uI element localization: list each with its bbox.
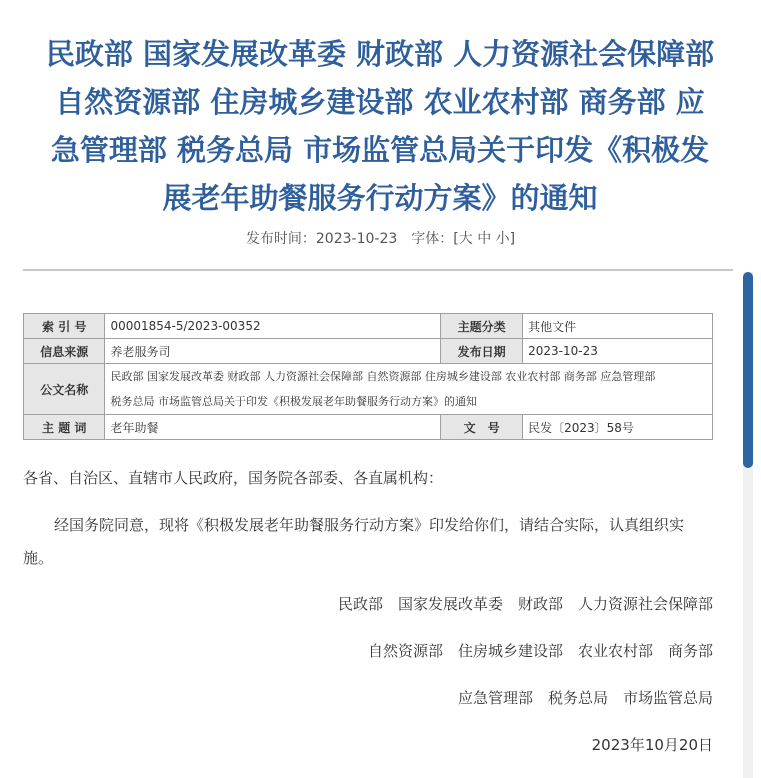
title-line-4: 展老年助餐服务行动方案》的通知 (10, 174, 750, 222)
table-row: 信息来源 养老服务司 发布日期 2023-10-23 (24, 339, 713, 364)
keyword-value: 老年助餐 (105, 415, 441, 440)
keyword-label: 主 题 词 (24, 415, 105, 440)
doc-name-line-1: 民政部 国家发展改革委 财政部 人力资源社会保障部 自然资源部 住房城乡建设部 … (110, 364, 707, 389)
title-line-1: 民政部 国家发展改革委 财政部 人力资源社会保障部 (10, 30, 750, 78)
font-size-label: 字体： (411, 231, 453, 247)
publish-time-value: 2023-10-23 (316, 231, 397, 247)
doc-name-label: 公文名称 (24, 364, 105, 415)
category-label: 主题分类 (441, 314, 523, 339)
font-size-small-button[interactable]: 小 (496, 231, 510, 247)
publish-date-label: 发布日期 (441, 339, 523, 364)
article-meta: 发布时间：2023-10-23字体：[大 中 小] (0, 228, 761, 250)
publish-date-value: 2023-10-23 (523, 339, 713, 364)
source-label: 信息来源 (24, 339, 105, 364)
publish-time-label: 发布时间： (246, 231, 316, 247)
document-info-table: 索 引 号 00001854-5/2023-00352 主题分类 其他文件 信息… (23, 313, 713, 440)
title-line-2: 自然资源部 住房城乡建设部 农业农村部 商务部 应 (10, 78, 750, 126)
header-divider (23, 269, 733, 271)
source-value: 养老服务司 (105, 339, 441, 364)
scrollbar-thumb[interactable] (743, 272, 753, 468)
table-row: 索 引 号 00001854-5/2023-00352 主题分类 其他文件 (24, 314, 713, 339)
index-label: 索 引 号 (24, 314, 105, 339)
font-size-large-button[interactable]: 大 (459, 231, 473, 247)
doc-number-value: 民发〔2023〕58号 (523, 415, 713, 440)
article-body: 各省、自治区、直辖市人民政府，国务院各部委、各直属机构： 经国务院同意，现将《积… (23, 462, 713, 575)
doc-name-value: 民政部 国家发展改革委 财政部 人力资源社会保障部 自然资源部 住房城乡建设部 … (105, 364, 713, 415)
index-value: 00001854-5/2023-00352 (105, 314, 441, 339)
document-page: 民政部 国家发展改革委 财政部 人力资源社会保障部 自然资源部 住房城乡建设部 … (0, 0, 761, 778)
font-bracket-close: ] (510, 231, 515, 247)
signature-line-2: 自然资源部 住房城乡建设部 农业农村部 商务部 (213, 640, 713, 662)
doc-name-line-2: 税务总局 市场监管总局关于印发《积极发展老年助餐服务行动方案》的通知 (110, 389, 707, 414)
title-line-3: 急管理部 税务总局 市场监管总局关于印发《积极发 (10, 126, 750, 174)
category-value: 其他文件 (523, 314, 713, 339)
doc-number-label: 文 号 (441, 415, 523, 440)
body-paragraph: 经国务院同意，现将《积极发展老年助餐服务行动方案》印发给你们，请结合实际，认真组… (23, 509, 713, 575)
font-size-medium-button[interactable]: 中 (477, 231, 491, 247)
page-title: 民政部 国家发展改革委 财政部 人力资源社会保障部 自然资源部 住房城乡建设部 … (10, 30, 750, 222)
table-row: 主 题 词 老年助餐 文 号 民发〔2023〕58号 (24, 415, 713, 440)
signature-line-3: 应急管理部 税务总局 市场监管总局 (213, 687, 713, 709)
salutation: 各省、自治区、直辖市人民政府，国务院各部委、各直属机构： (23, 462, 713, 495)
signature-line-1: 民政部 国家发展改革委 财政部 人力资源社会保障部 (213, 593, 713, 615)
signature-date: 2023年10月20日 (213, 734, 713, 756)
table-row: 公文名称 民政部 国家发展改革委 财政部 人力资源社会保障部 自然资源部 住房城… (24, 364, 713, 415)
